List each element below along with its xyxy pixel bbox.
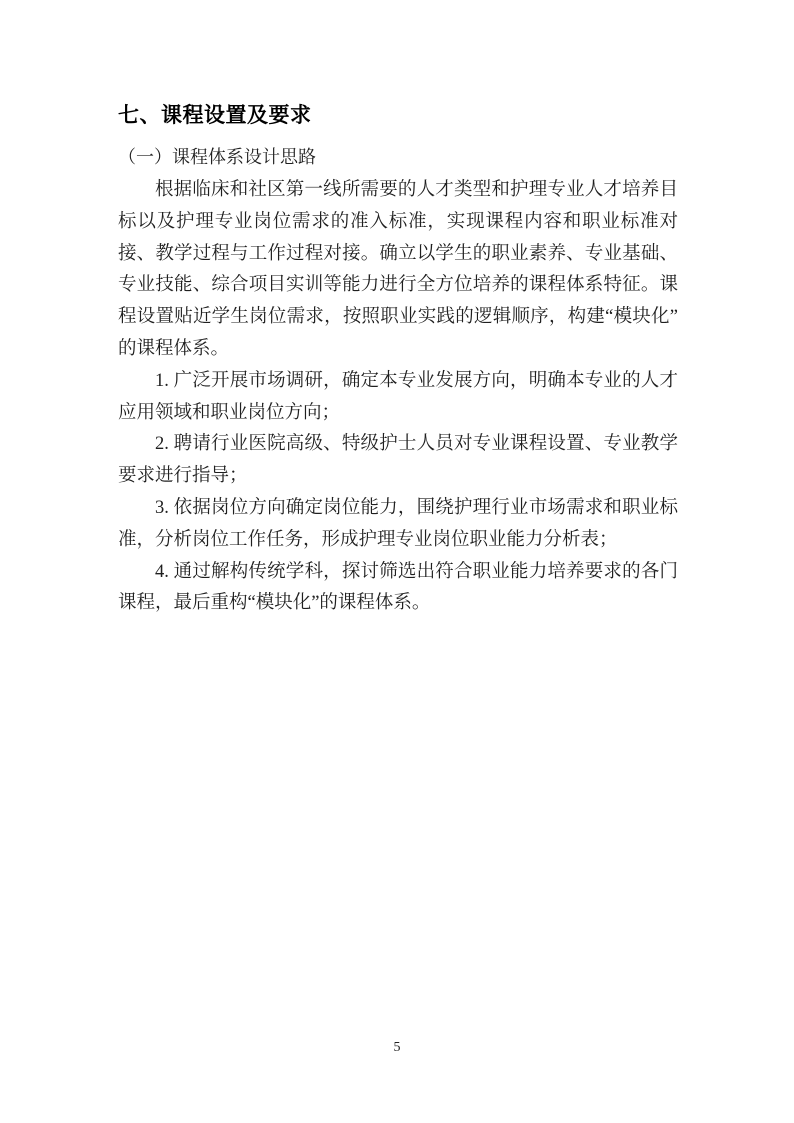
paragraph-intro: 根据临床和社区第一线所需要的人才类型和护理专业人才培养目标以及护理专业岗位需求的… xyxy=(118,175,678,366)
paragraph-item-4: 4. 通过解构传统学科，探讨筛选出符合职业能力培养要求的各门课程，最后重构“模块… xyxy=(118,557,678,621)
paragraph-item-2: 2. 聘请行业医院高级、特级护士人员对专业课程设置、专业教学要求进行指导； xyxy=(118,429,678,493)
page-number: 5 xyxy=(0,1038,794,1058)
paragraph-item-3: 3. 依据岗位方向确定岗位能力，围绕护理行业市场需求和职业标准，分析岗位工作任务… xyxy=(118,493,678,557)
document-body: 七、课程设置及要求 （一）课程体系设计思路 根据临床和社区第一线所需要的人才类型… xyxy=(118,101,678,620)
section-heading: 七、课程设置及要求 xyxy=(118,101,678,131)
paragraph-item-1: 1. 广泛开展市场调研，确定本专业发展方向，明确本专业的人才应用领域和职业岗位方… xyxy=(118,366,678,430)
document-page: 七、课程设置及要求 （一）课程体系设计思路 根据临床和社区第一线所需要的人才类型… xyxy=(0,0,794,1123)
subsection-heading: （一）课程体系设计思路 xyxy=(118,144,678,170)
